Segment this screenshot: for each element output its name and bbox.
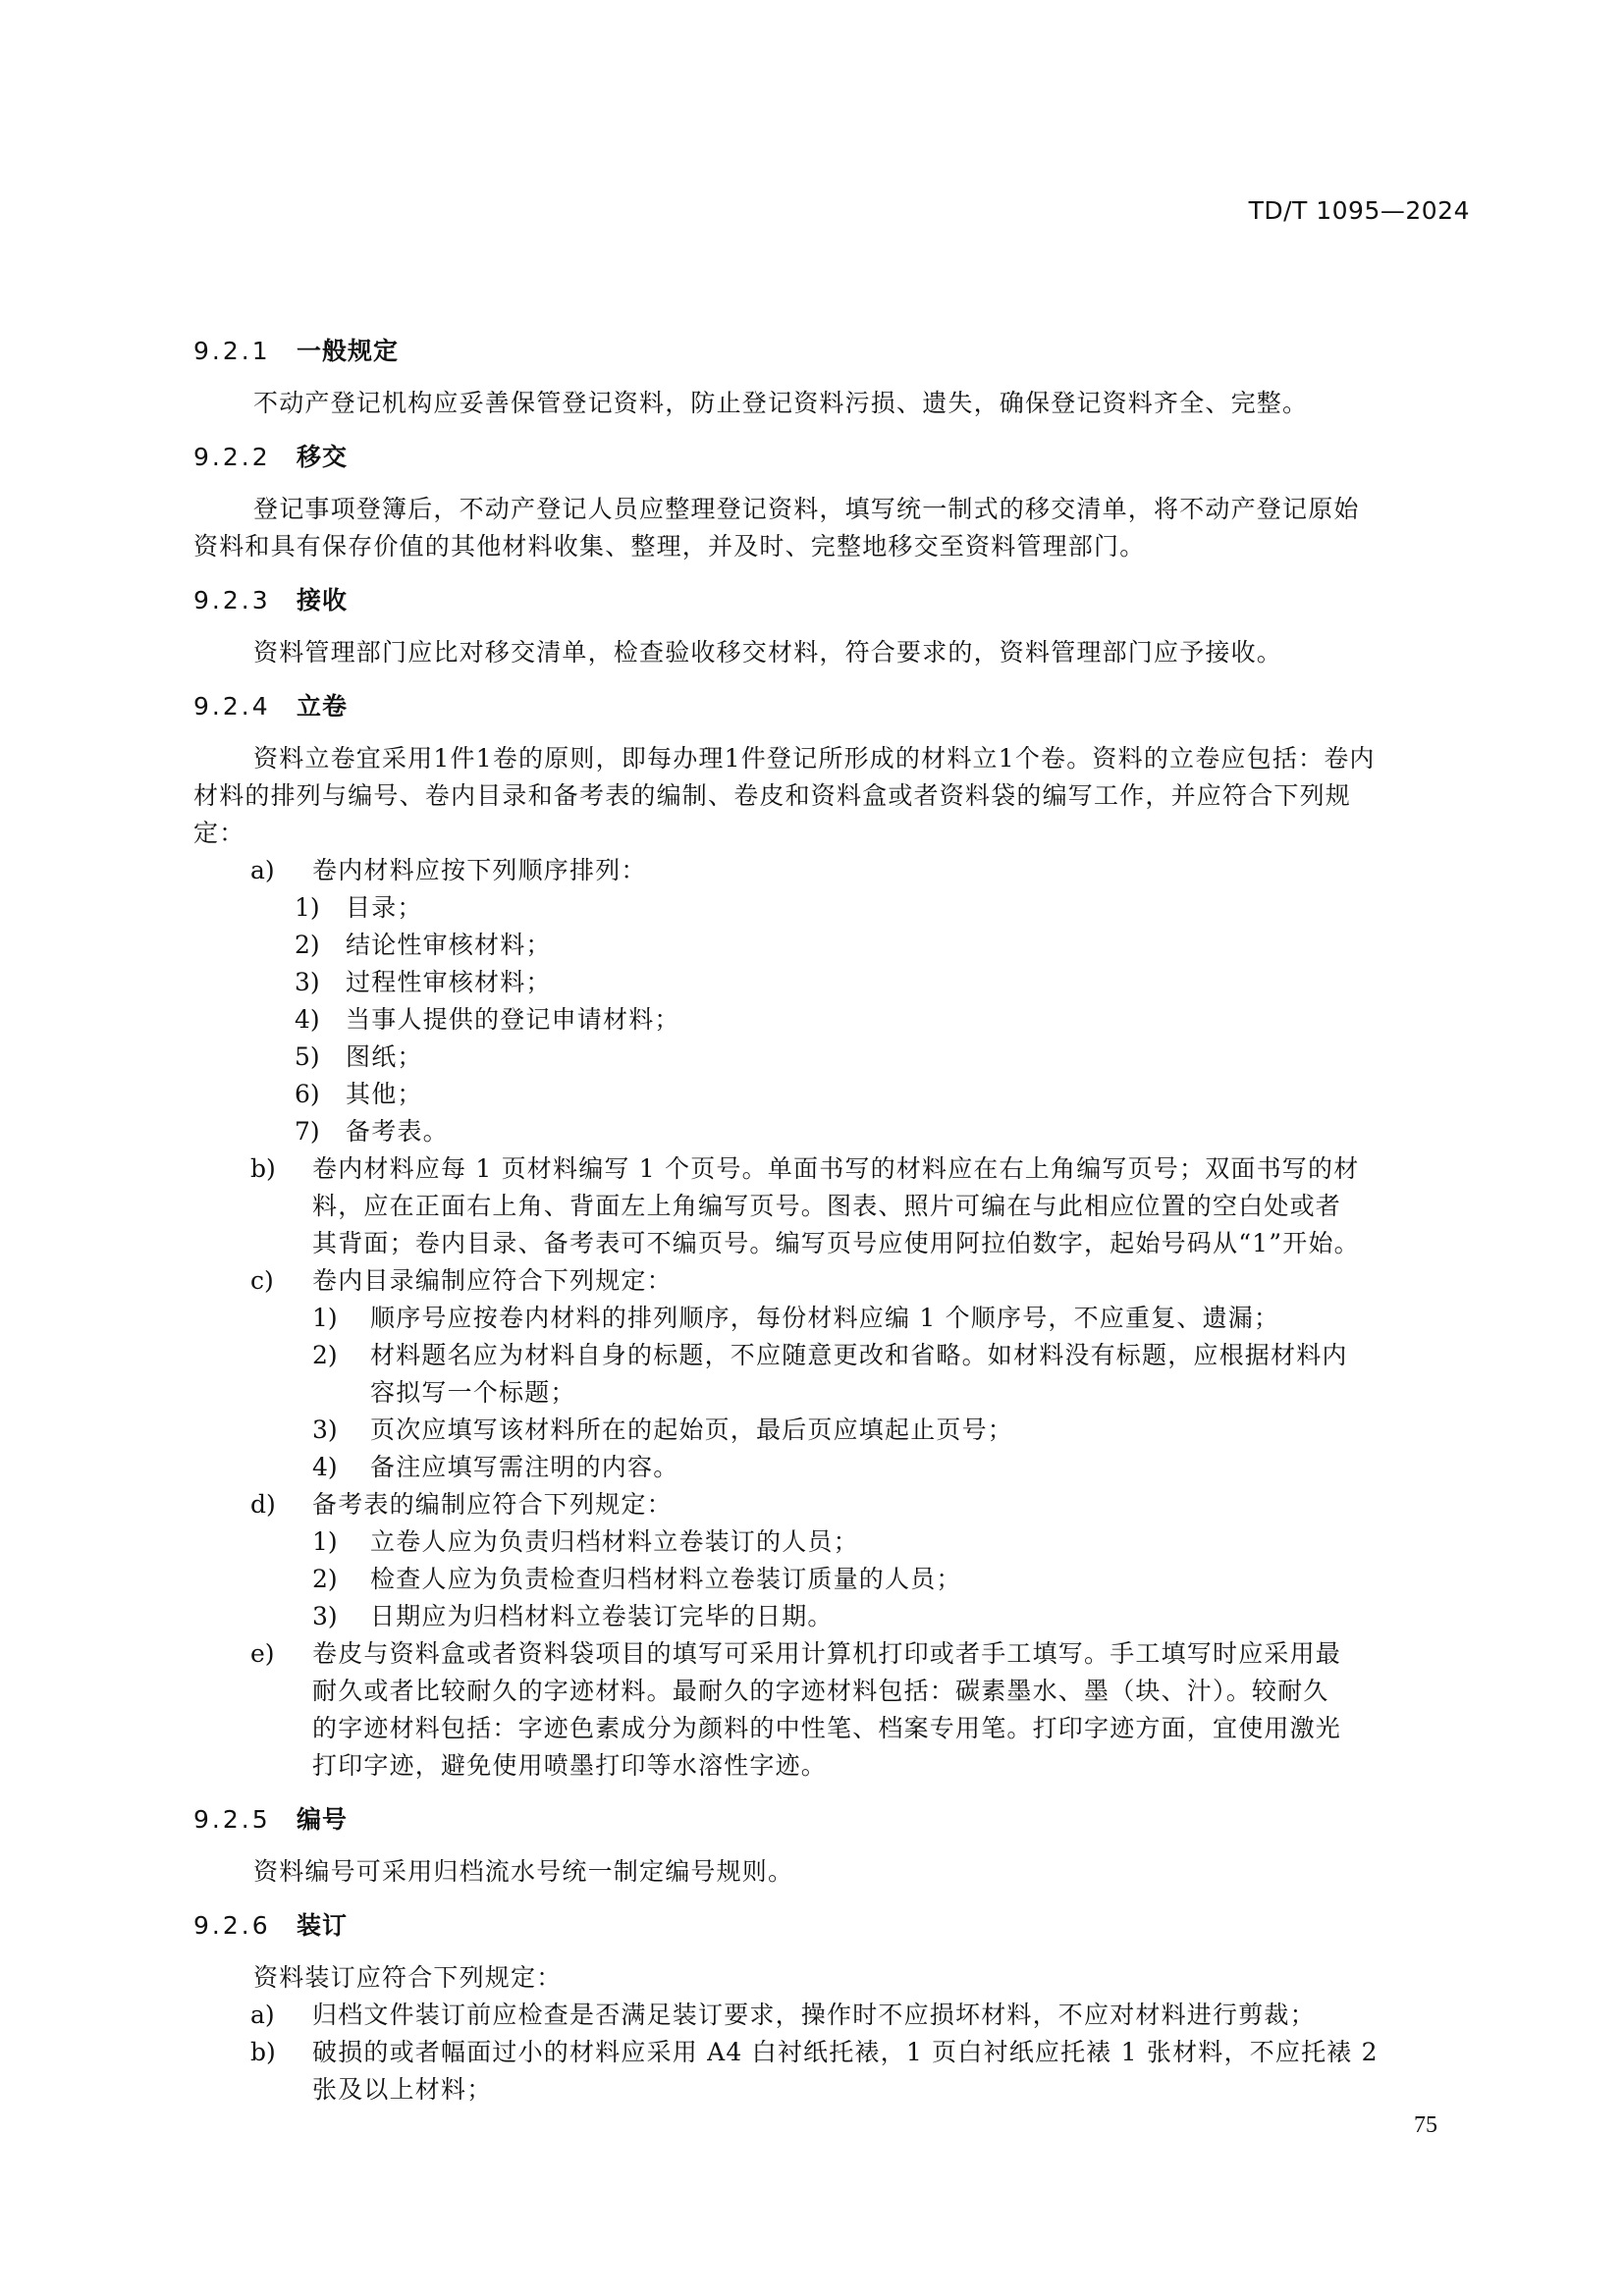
paragraph-line: 资料立卷宜采用1件1卷的原则，即每办理1件登记所形成的材料立1个卷。资料的立卷应…	[253, 744, 1376, 774]
section-heading-9-2-6: 9.2.6装订	[193, 1911, 348, 1941]
list-marker: a)	[250, 2001, 275, 2030]
sublist-marker: 4)	[312, 1453, 338, 1482]
sublist-marker: 2)	[312, 1341, 338, 1370]
sublist-item-text: 日期应为归档材料立卷装订完毕的日期。	[370, 1602, 834, 1631]
paragraph-line: 登记事项登簿后，不动产登记人员应整理登记资料，填写统一制式的移交清单，将不动产登…	[253, 495, 1360, 524]
document-code-header: TD/T 1095—2024	[1249, 196, 1470, 226]
paragraph-line: 资料和具有保存价值的其他材料收集、整理，并及时、完整地移交至资料管理部门。	[193, 532, 1145, 561]
list-marker: a)	[250, 856, 275, 885]
document-page: TD/T 1095—2024 9.2.1一般规定 不动产登记机构应妥善保管登记资…	[0, 0, 1624, 2296]
sublist-item-text: 检查人应为负责检查归档材料立卷装订质量的人员；	[370, 1565, 962, 1594]
sublist-marker: 3)	[295, 968, 320, 997]
sublist-item-text: 材料题名应为材料自身的标题，不应随意更改和省略。如材料没有标题，应根据材料内	[370, 1341, 1348, 1370]
list-item-text: 料，应在正面右上角、背面左上角编写页号。图表、照片可编在与此相应位置的空白处或者	[312, 1192, 1341, 1221]
sublist-item-text: 目录；	[346, 893, 423, 923]
paragraph-line: 不动产登记机构应妥善保管登记资料，防止登记资料污损、遗失，确保登记资料齐全、完整…	[253, 389, 1308, 418]
list-item-text: 其背面；卷内目录、备考表可不编页号。编写页号应使用阿拉伯数字，起始号码从“1”开…	[312, 1229, 1360, 1258]
sublist-item-text: 备注应填写需注明的内容。	[370, 1453, 678, 1482]
section-title: 接收	[297, 586, 348, 614]
section-heading-9-2-3: 9.2.3接收	[193, 586, 348, 615]
sublist-item-text: 立卷人应为负责归档材料立卷装订的人员；	[370, 1527, 859, 1557]
section-number: 9.2.3	[193, 586, 297, 615]
sublist-marker: 1)	[312, 1304, 338, 1333]
section-heading-9-2-2: 9.2.2移交	[193, 443, 348, 472]
sublist-item-text: 图纸；	[346, 1042, 423, 1072]
list-marker: d)	[250, 1490, 276, 1520]
list-item-text: 卷内目录编制应符合下列规定：	[312, 1266, 673, 1296]
section-heading-9-2-5: 9.2.5编号	[193, 1805, 348, 1835]
list-marker: b)	[250, 1154, 276, 1184]
section-heading-9-2-4: 9.2.4立卷	[193, 692, 348, 721]
page-number: 75	[1414, 2110, 1437, 2140]
list-item-text: 耐久或者比较耐久的字迹材料。最耐久的字迹材料包括：碳素墨水、墨（块、汁）。较耐久	[312, 1677, 1329, 1706]
list-item-text: 卷内材料应按下列顺序排列：	[312, 856, 647, 885]
sublist-marker: 1)	[312, 1527, 338, 1557]
section-title: 移交	[297, 443, 348, 471]
list-marker: c)	[250, 1266, 274, 1296]
list-item-text: 张及以上材料；	[312, 2075, 492, 2105]
sublist-marker: 5)	[295, 1042, 320, 1072]
sublist-item-text: 页次应填写该材料所在的起始页，最后页应填起止页号；	[370, 1415, 1013, 1445]
sublist-item-text: 顺序号应按卷内材料的排列顺序，每份材料应编 1 个顺序号，不应重复、遗漏；	[370, 1304, 1279, 1333]
list-marker: b)	[250, 2038, 276, 2067]
list-item-text: 打印字迹，避免使用喷墨打印等水溶性字迹。	[312, 1751, 827, 1781]
list-item-text: 备考表的编制应符合下列规定：	[312, 1490, 673, 1520]
section-number: 9.2.6	[193, 1911, 297, 1941]
list-item-text: 的字迹材料包括：字迹色素成分为颜料的中性笔、档案专用笔。打印字迹方面，宜使用激光	[312, 1714, 1341, 1743]
sublist-marker: 1)	[295, 893, 320, 923]
paragraph-line: 材料的排列与编号、卷内目录和备考表的编制、卷皮和资料盒或者资料袋的编写工作，并应…	[193, 781, 1351, 811]
sublist-marker: 2)	[312, 1565, 338, 1594]
sublist-marker: 7)	[295, 1117, 320, 1147]
list-item-text: 卷皮与资料盒或者资料袋项目的填写可采用计算机打印或者手工填写。手工填写时应采用最	[312, 1639, 1341, 1669]
list-marker: e)	[250, 1639, 275, 1669]
section-number: 9.2.4	[193, 692, 297, 721]
sublist-item-text: 过程性审核材料；	[346, 968, 552, 997]
section-number: 9.2.5	[193, 1805, 297, 1835]
sublist-item-text: 备考表。	[346, 1117, 449, 1147]
paragraph-line: 资料编号可采用归档流水号统一制定编号规则。	[253, 1857, 793, 1887]
list-item-text: 破损的或者幅面过小的材料应采用 A4 白衬纸托裱，1 页白衬纸应托裱 1 张材料…	[312, 2038, 1379, 2067]
sublist-item-text: 结论性审核材料；	[346, 931, 552, 960]
sublist-marker: 2)	[295, 931, 320, 960]
section-title: 装订	[297, 1911, 348, 1940]
sublist-marker: 6)	[295, 1080, 320, 1109]
section-heading-9-2-1: 9.2.1一般规定	[193, 337, 399, 366]
sublist-item-text: 其他；	[346, 1080, 423, 1109]
list-item-text: 归档文件装订前应检查是否满足装订要求，操作时不应损坏材料，不应对材料进行剪裁；	[312, 2001, 1316, 2030]
section-number: 9.2.2	[193, 443, 297, 472]
section-title: 立卷	[297, 692, 348, 721]
sublist-item-text: 当事人提供的登记申请材料；	[346, 1005, 680, 1035]
sublist-marker: 3)	[312, 1415, 338, 1445]
list-item-text: 卷内材料应每 1 页材料编写 1 个页号。单面书写的材料应在右上角编写页号；双面…	[312, 1154, 1359, 1184]
sublist-marker: 3)	[312, 1602, 338, 1631]
sublist-item-text: 容拟写一个标题；	[370, 1378, 576, 1408]
paragraph-line: 资料管理部门应比对移交清单，检查验收移交材料，符合要求的，资料管理部门应予接收。	[253, 638, 1282, 667]
section-number: 9.2.1	[193, 337, 297, 366]
paragraph-line: 资料装订应符合下列规定：	[253, 1963, 562, 1993]
section-title: 编号	[297, 1805, 348, 1834]
section-title: 一般规定	[297, 337, 399, 365]
paragraph-line: 定：	[193, 819, 244, 848]
sublist-marker: 4)	[295, 1005, 320, 1035]
